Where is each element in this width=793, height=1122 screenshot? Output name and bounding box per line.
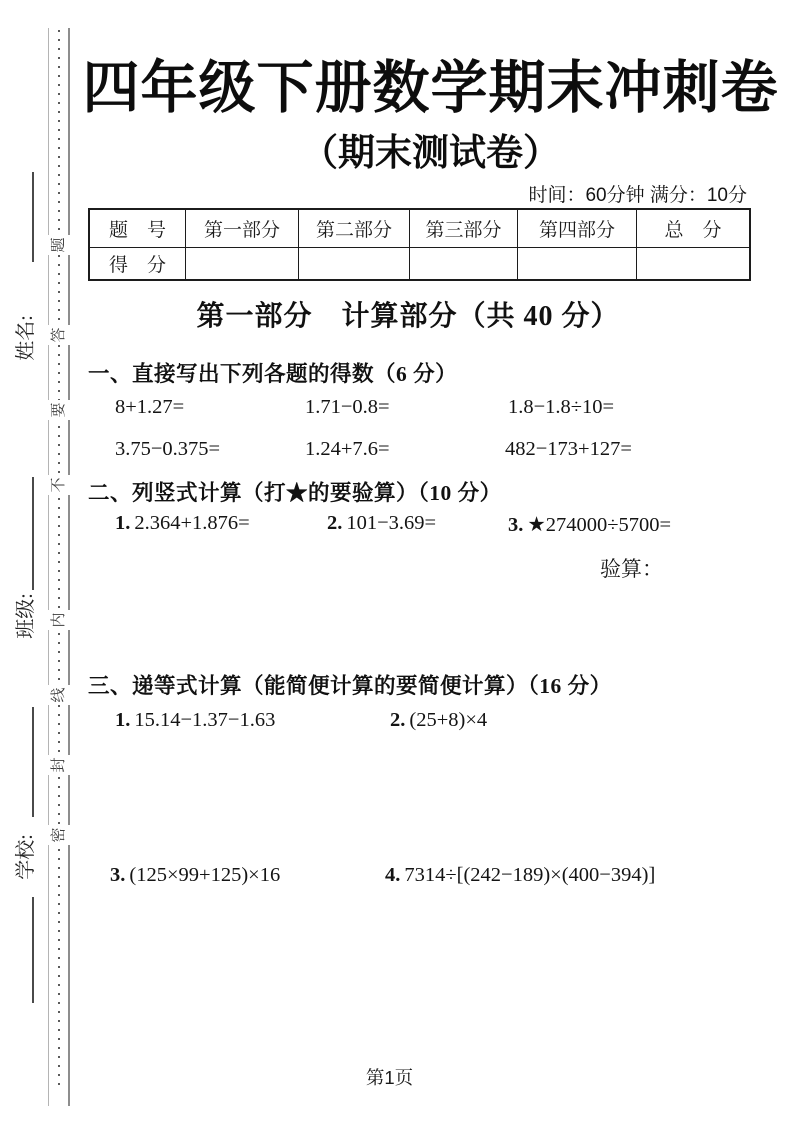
score-cell [410, 248, 518, 281]
score-table-header-cell: 第二部分 [299, 209, 410, 248]
problem-number: 1. [115, 709, 130, 731]
math-problem: 3.75−0.375= [115, 438, 220, 461]
page-title: 四年级下册数学期末冲刺卷 [68, 42, 793, 124]
score-table-header-cell: 题 号 [89, 209, 186, 248]
exam-page: 题 答 要 不 内 线 封 密 姓名: 班级: 学校: 四年级下册数学期末冲刺卷… [0, 0, 793, 1122]
seal-char: 题 [48, 235, 70, 255]
math-problem: 3.(125×99+125)×16 [110, 864, 280, 887]
problem-expression: (25+8)×4 [409, 709, 487, 731]
seal-char: 线 [48, 685, 70, 705]
problem-number: 1. [115, 512, 130, 534]
math-problem: 2.(25+8)×4 [390, 709, 487, 732]
math-problem: 8+1.27= [115, 396, 184, 419]
math-problem: 4.7314÷[(242−189)×(400−394)] [385, 864, 655, 887]
problem-expression: 2.364+1.876= [134, 512, 249, 534]
seal-char: 不 [48, 475, 70, 495]
problem-expression: 101−3.69= [346, 512, 436, 534]
check-calculation-label: 验算： [600, 553, 663, 583]
score-table: 题 号 第一部分 第二部分 第三部分 第四部分 总 分 得 分 [88, 208, 751, 281]
problem-expression: ★274000÷5700= [527, 514, 671, 536]
math-problem: 1.2.364+1.876= [115, 512, 250, 535]
seal-margin-outer-line [68, 28, 70, 1106]
seal-char: 封 [48, 755, 70, 775]
seal-char: 内 [48, 610, 70, 630]
class-field-label: 班级: [14, 571, 38, 661]
seal-char: 要 [48, 400, 70, 420]
math-problem: 1.24+7.6= [305, 438, 390, 461]
seal-dotted-line [58, 30, 60, 1092]
score-cell [518, 248, 637, 281]
page-number: 第1页 [0, 1064, 779, 1090]
section-one-title: 一、直接写出下列各题的得数（6 分） [88, 357, 457, 388]
section-three-title: 三、递等式计算（能简便计算的要简便计算）（16 分） [88, 669, 612, 700]
part-one-heading: 第一部分 计算部分（共 40 分） [88, 294, 728, 334]
score-row-label: 得 分 [89, 248, 186, 281]
score-table-header-cell: 总 分 [637, 209, 751, 248]
score-table-header-cell: 第一部分 [186, 209, 299, 248]
school-field-label: 学校: [14, 812, 38, 902]
section-two-title: 二、列竖式计算（打★的要验算）（10 分） [88, 476, 502, 507]
name-field-blank [32, 172, 34, 262]
math-problem: 3.★274000÷5700= [508, 512, 671, 537]
score-table-header-row: 题 号 第一部分 第二部分 第三部分 第四部分 总 分 [89, 209, 750, 248]
score-table-header-cell: 第三部分 [410, 209, 518, 248]
problem-number: 4. [385, 864, 400, 886]
page-subtitle: （期末测试卷） [68, 122, 793, 176]
math-problem: 1.15.14−1.37−1.63 [115, 709, 275, 732]
math-problem: 1.71−0.8= [305, 396, 390, 419]
problem-number: 2. [327, 512, 342, 534]
seal-margin-inner-line [48, 28, 49, 1106]
score-table-score-row: 得 分 [89, 248, 750, 281]
problem-number: 3. [508, 514, 523, 536]
school-field-blank [32, 897, 34, 1003]
seal-char: 答 [48, 325, 70, 345]
name-field-label: 姓名: [14, 293, 38, 383]
problem-expression: 15.14−1.37−1.63 [134, 709, 275, 731]
school-field-blank [32, 707, 34, 817]
score-table-header-cell: 第四部分 [518, 209, 637, 248]
seal-char: 密 [48, 825, 70, 845]
score-cell [186, 248, 299, 281]
problem-expression: (125×99+125)×16 [129, 864, 280, 886]
problem-number: 3. [110, 864, 125, 886]
problem-expression: 7314÷[(242−189)×(400−394)] [404, 864, 655, 886]
score-cell [299, 248, 410, 281]
score-cell [637, 248, 751, 281]
math-problem: 1.8−1.8÷10= [508, 396, 614, 419]
math-problem: 482−173+127= [505, 438, 632, 461]
exam-meta: 时间：60分钟 满分：10分 [528, 180, 747, 207]
problem-number: 2. [390, 709, 405, 731]
math-problem: 2.101−3.69= [327, 512, 436, 535]
